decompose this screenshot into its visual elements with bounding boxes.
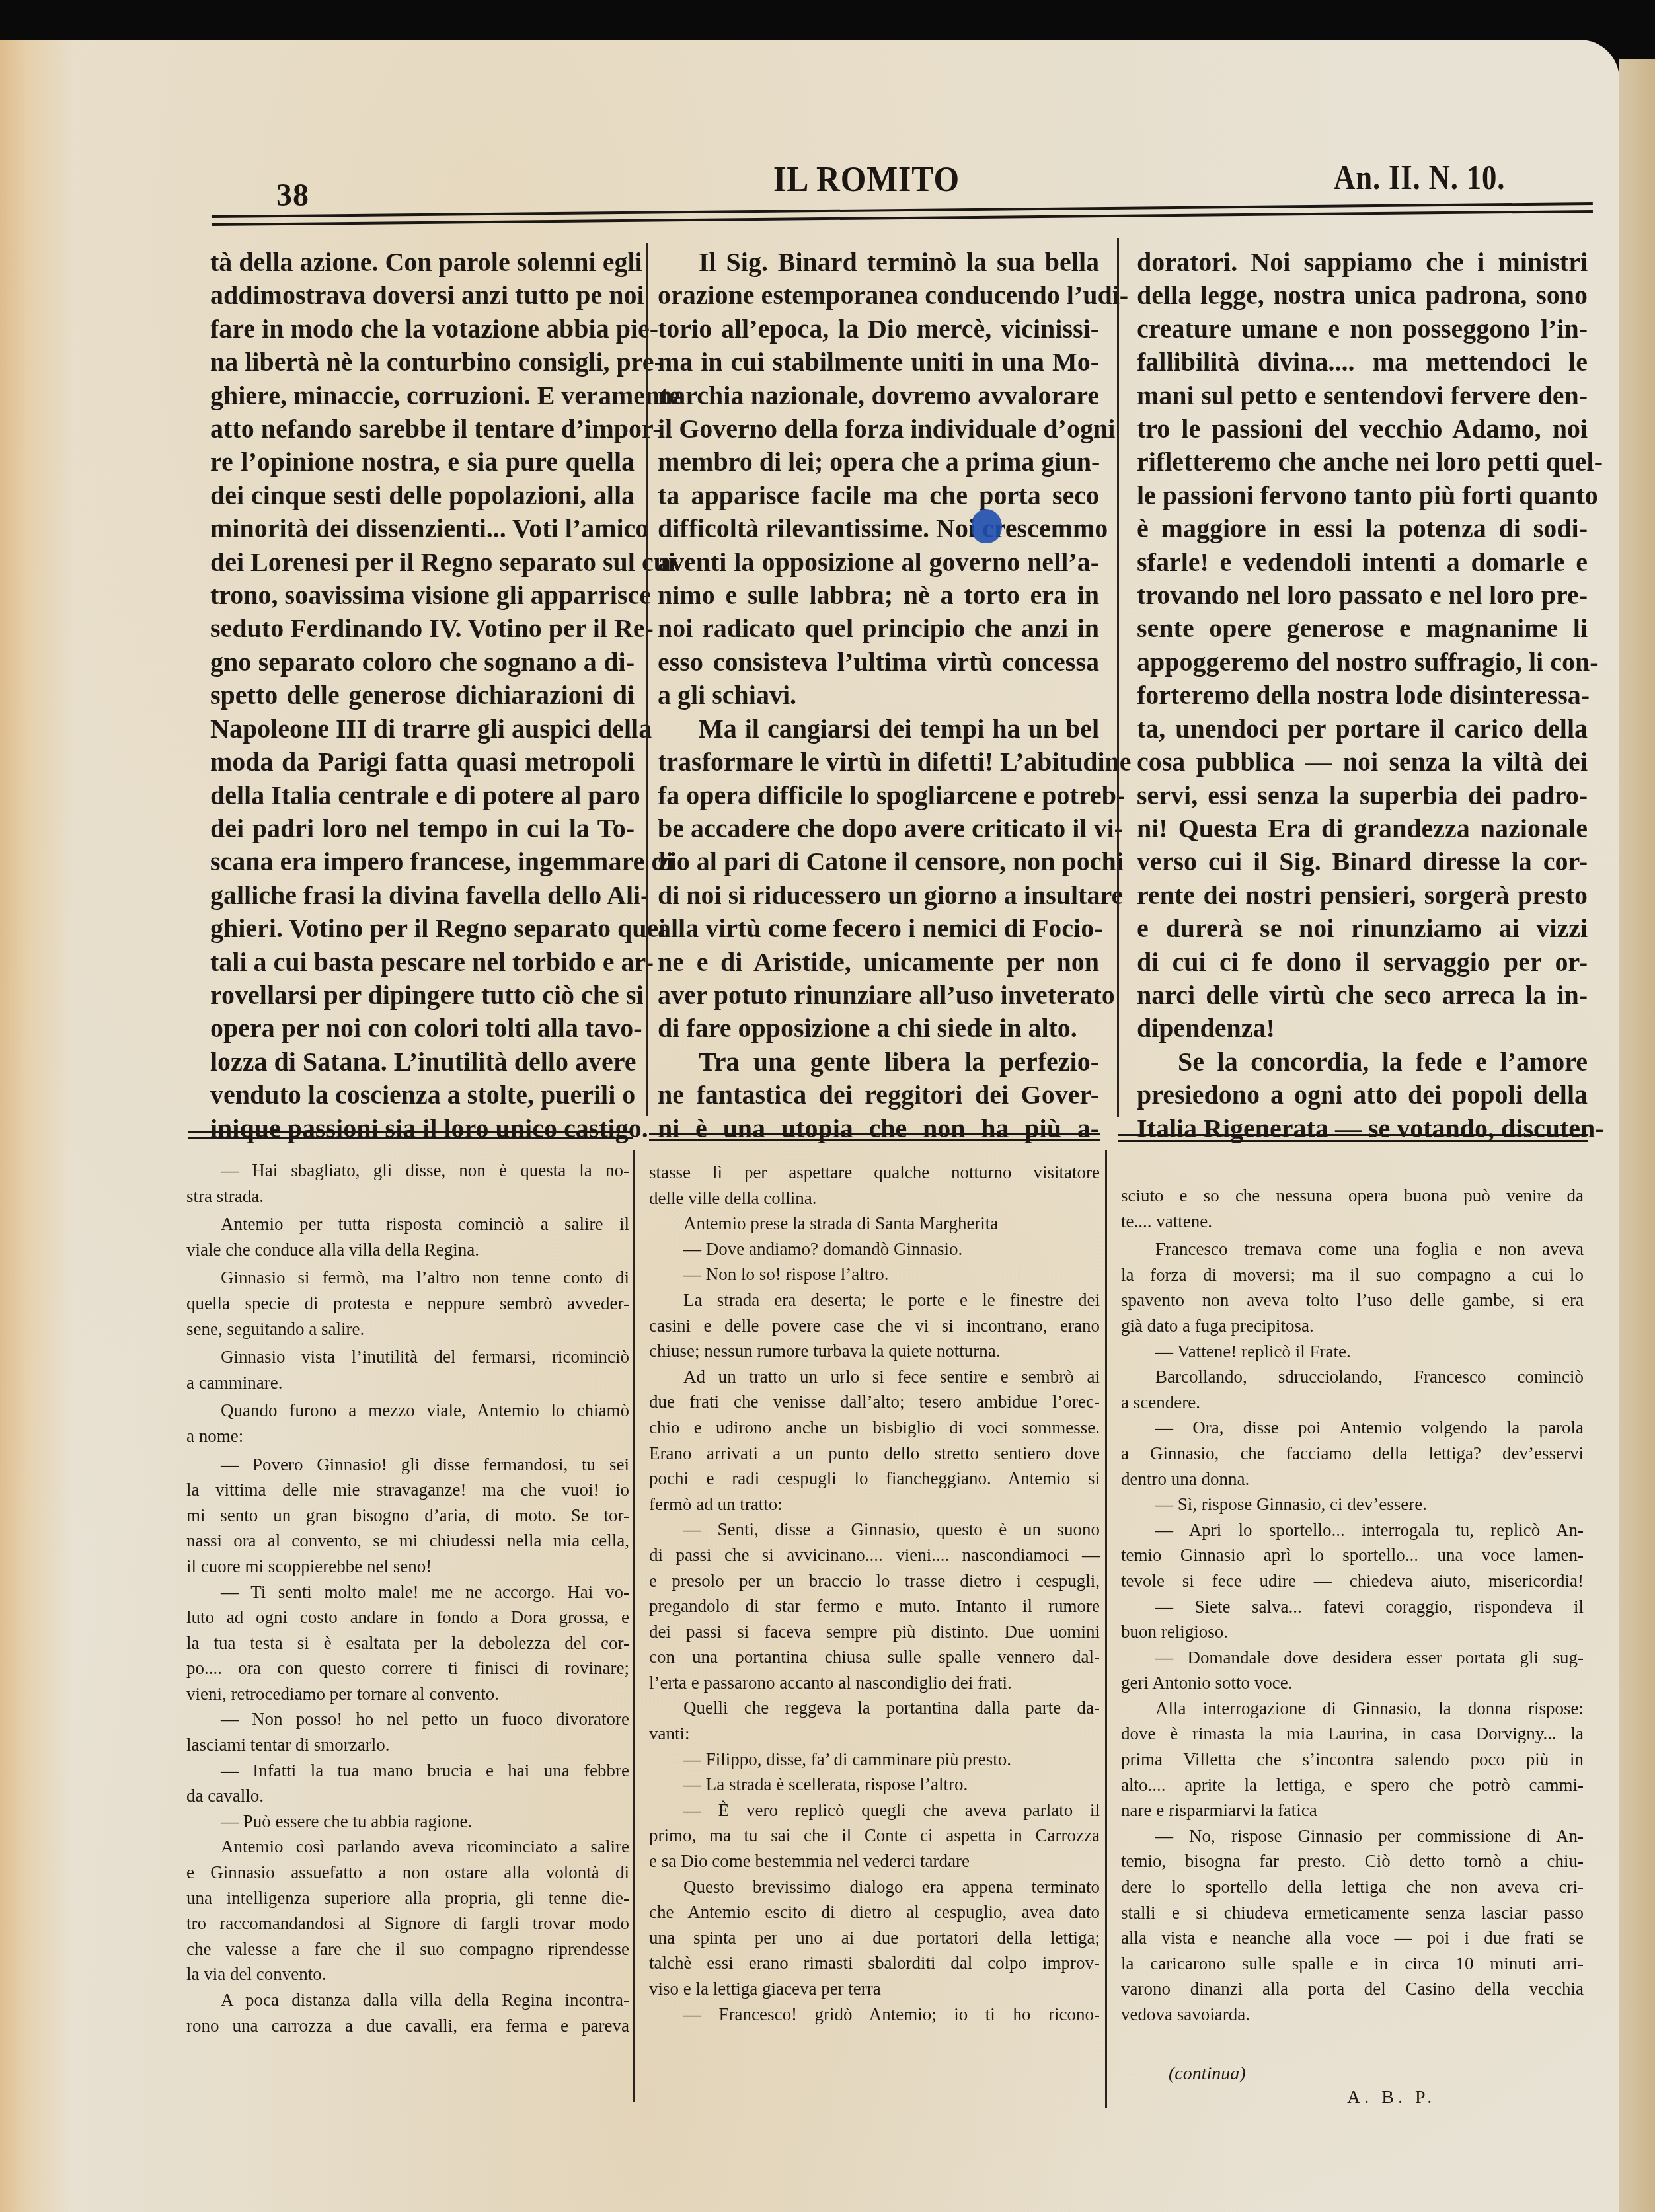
text-line: a camminare. bbox=[186, 1370, 629, 1396]
text-line: quella specie di protesta e neppure semb… bbox=[186, 1291, 629, 1316]
text-line: temio, bisogna far presto. Ciò detto tor… bbox=[1121, 1849, 1584, 1874]
text-line: dei Lorenesi per il Regno separato sul c… bbox=[210, 546, 635, 579]
text-line: servi, essi senza la superbia dei padro- bbox=[1137, 779, 1588, 812]
text-line: — Francesco! gridò Antemio; io ti ho ric… bbox=[649, 2002, 1100, 2028]
text-line: della legge, nostra unica padrona, sono bbox=[1137, 279, 1588, 312]
text-line: che Antemio escito di dietro al cespugli… bbox=[649, 1899, 1100, 1925]
text-line: le passioni fervono tanto più forti quan… bbox=[1137, 479, 1588, 512]
text-line: dei cinque sesti delle popolazioni, alla bbox=[210, 479, 635, 512]
text-line: fermò ad un tratto: bbox=[649, 1492, 1100, 1517]
text-line: alla vista e neanche alla voce — poi i d… bbox=[1121, 1925, 1584, 1951]
continued-note: (continua) bbox=[1169, 2063, 1246, 2084]
text-line: verso cui il Sig. Binard diresse la cor- bbox=[1137, 845, 1588, 878]
text-line: addimostrava doversi anzi tutto pe noi bbox=[210, 279, 635, 312]
text-line: po.... ora con questo correre ti finisci… bbox=[186, 1656, 629, 1681]
text-line: alla virtù come fecero i nemici di Focio… bbox=[658, 912, 1099, 945]
text-line: una spinta per uno ai due portatori dell… bbox=[649, 1925, 1100, 1951]
text-line: buon religioso. bbox=[1121, 1619, 1584, 1645]
feuilleton-column-2: stasse lì per aspettare qualche notturno… bbox=[649, 1160, 1100, 2027]
text-line: — Siete salva... fatevi coraggio, rispon… bbox=[1121, 1594, 1584, 1620]
text-line: appoggeremo del nostro suffragio, li con… bbox=[1137, 646, 1588, 679]
text-line: difficoltà rilevantissime. Noi crescemmo bbox=[658, 512, 1099, 545]
text-line: nassi ora al convento, se mi chiudessi n… bbox=[186, 1528, 629, 1554]
section-double-rule bbox=[649, 1133, 1100, 1141]
text-line: venduto la coscienza a stolte, puerili o bbox=[210, 1079, 635, 1112]
text-line: già dato a fuga precipitosa. bbox=[1121, 1313, 1584, 1339]
text-line: — La strada è scellerata, rispose l’altr… bbox=[649, 1772, 1100, 1798]
text-line: di cui ci fe dono il servaggio per or- bbox=[1137, 946, 1588, 979]
text-line: trono, soavissima visione gli apparrisce bbox=[210, 579, 635, 612]
text-line: Antemio prese la strada di Santa Margher… bbox=[649, 1211, 1100, 1237]
upper-column-3: doratori. Noi sappiamo che i ministridel… bbox=[1137, 246, 1588, 1145]
text-line: ta apparisce facile ma che porta seco bbox=[658, 479, 1099, 512]
text-line: geri Antonio sotto voce. bbox=[1121, 1670, 1584, 1696]
text-line: tro le passioni del vecchio Adamo, noi bbox=[1137, 412, 1588, 445]
text-line: — Senti, disse a Ginnasio, questo è un s… bbox=[649, 1517, 1100, 1543]
text-line: rifletteremo che anche nei loro petti qu… bbox=[1137, 445, 1588, 478]
text-line: e Ginnasio assuefatto a non ostare alla … bbox=[186, 1860, 629, 1886]
section-double-rule bbox=[1118, 1134, 1588, 1142]
text-line: mi sento un gran bisogno d’aria, di moto… bbox=[186, 1503, 629, 1529]
text-line: sene, seguitando a salire. bbox=[186, 1316, 629, 1342]
text-line: e durerà se noi rinunziamo ai vizzi bbox=[1137, 912, 1588, 945]
text-line: la via del convento. bbox=[186, 1962, 629, 1987]
text-line: galliche frasi la divina favella dello A… bbox=[210, 879, 635, 912]
text-line: Barcollando, sdrucciolando, Francesco co… bbox=[1121, 1364, 1584, 1390]
next-page-edge bbox=[1619, 59, 1655, 2212]
text-line: e presolo per un braccio lo trasse dietr… bbox=[649, 1568, 1100, 1594]
text-line: luto ad ogni costo andare in fondo a Dor… bbox=[186, 1605, 629, 1630]
text-line: primo, ma tu sai che il Conte ci aspetta… bbox=[649, 1823, 1100, 1849]
text-line: fallibilità divina.... ma mettendoci le bbox=[1137, 346, 1588, 379]
text-line: Francesco tremava come una foglia e non … bbox=[1121, 1237, 1584, 1262]
text-line: Antemio per tutta risposta cominciò a sa… bbox=[186, 1211, 629, 1237]
text-line: Questo brevissimo dialogo era appena ter… bbox=[649, 1874, 1100, 1900]
text-line: Quelli che reggeva la portantina dalla p… bbox=[649, 1695, 1100, 1721]
text-line: Ma il cangiarsi dei tempi ha un bel bbox=[658, 712, 1099, 745]
text-line: seduto Ferdinando IV. Votino per il Re- bbox=[210, 612, 635, 645]
text-line: rente dei nostri pensieri, sorgerà prest… bbox=[1137, 879, 1588, 912]
text-line: Napoleone III di trarre gli auspici dell… bbox=[210, 712, 635, 745]
column-divider bbox=[1117, 238, 1119, 1117]
section-double-rule bbox=[188, 1131, 633, 1139]
text-line: l’erta e passarono accanto al nascondigl… bbox=[649, 1670, 1100, 1696]
text-line: — Domandale dove desidera esser portata … bbox=[1121, 1645, 1584, 1671]
text-line: tà della azione. Con parole solenni egli bbox=[210, 246, 635, 279]
text-line: Il Sig. Binard terminò la sua bella bbox=[658, 246, 1099, 279]
text-line: A poca distanza dalla villa della Regina… bbox=[186, 1987, 629, 2013]
text-line: stasse lì per aspettare qualche notturno… bbox=[649, 1160, 1100, 1186]
text-line: sciuto e so che nessuna opera buona può … bbox=[1121, 1183, 1584, 1209]
text-line: dentro una donna. bbox=[1121, 1467, 1584, 1492]
text-line: noi radicato quel principio che anzi in bbox=[658, 612, 1099, 645]
text-line: casini e delle povere case che vi si inc… bbox=[649, 1313, 1100, 1339]
feuilleton-column-3: sciuto e so che nessuna opera buona può … bbox=[1121, 1183, 1584, 2028]
text-line: a scendere. bbox=[1121, 1390, 1584, 1416]
text-line: a gli schiavi. bbox=[658, 679, 1099, 712]
text-line: dove è rimasta la mia Laurina, in casa D… bbox=[1121, 1721, 1584, 1747]
text-line: dei padri loro nel tempo in cui la To- bbox=[210, 812, 635, 845]
text-line: la forza di moversi; ma il suo compagno … bbox=[1121, 1262, 1584, 1288]
text-line: — È vero replicò quegli che aveva parlat… bbox=[649, 1798, 1100, 1823]
text-line: chiuse; nessun rumore turbava la quiete … bbox=[649, 1338, 1100, 1364]
text-line: cosa pubblica — noi senza la viltà dei bbox=[1137, 745, 1588, 779]
text-line: Antemio così parlando aveva ricominciato… bbox=[186, 1834, 629, 1860]
text-line: — Non lo so! rispose l’altro. bbox=[649, 1262, 1100, 1287]
text-line: — Sì, rispose Ginnasio, ci dev’essere. bbox=[1121, 1492, 1584, 1517]
text-line: Ginnasio vista l’inutilità del fermarsi,… bbox=[186, 1344, 629, 1370]
text-line: vedova savoiarda. bbox=[1121, 2002, 1584, 2028]
text-line: stra strada. bbox=[186, 1184, 629, 1209]
text-line: — Dove andiamo? domandò Ginnasio. bbox=[649, 1237, 1100, 1262]
text-line: opera per noi con colori tolti alla tavo… bbox=[210, 1012, 635, 1045]
text-line: Se la concordia, la fede e l’amore bbox=[1137, 1046, 1588, 1079]
text-line: doratori. Noi sappiamo che i ministri bbox=[1137, 246, 1588, 279]
page-number: 38 bbox=[276, 177, 309, 213]
text-line: forteremo della nostra lode disinteressa… bbox=[1137, 679, 1588, 712]
text-line: ghieri. Votino per il Regno separato que… bbox=[210, 912, 635, 945]
text-line: — Povero Ginnasio! gli disse fermandosi,… bbox=[186, 1452, 629, 1478]
text-line: Ginnasio si fermò, ma l’altro non tenne … bbox=[186, 1265, 629, 1291]
text-line: spetto delle generose dichiarazioni di bbox=[210, 679, 635, 712]
text-line: trasformare le virtù in difetti! L’abitu… bbox=[658, 745, 1099, 779]
text-line: alto.... aprite la lettiga, e spero che … bbox=[1121, 1773, 1584, 1798]
text-line: varono dinanzi alla porta del Casino del… bbox=[1121, 1976, 1584, 2002]
text-line: inique passioni sia il loro unico castig… bbox=[210, 1112, 635, 1145]
text-line: — No, rispose Ginnasio per commissione d… bbox=[1121, 1823, 1584, 1849]
text-line: tevole si fece udire — chiedeva aiuto, m… bbox=[1121, 1568, 1584, 1594]
text-line: stalli e si chiudeva ermeticamente senza… bbox=[1121, 1900, 1584, 1926]
text-line: ghiere, minaccie, corruzioni. E verament… bbox=[210, 379, 635, 412]
text-line: chio e udirono anche un bisbiglio di voc… bbox=[649, 1415, 1100, 1441]
text-line: moda da Parigi fatta quasi metropoli bbox=[210, 745, 635, 779]
author-signature: A. B. P. bbox=[1347, 2087, 1436, 2108]
text-line: narchia nazionale, dovremo avvalorare bbox=[658, 379, 1099, 412]
column-divider bbox=[633, 1150, 635, 2102]
text-line: — Apri lo sportello... interrogala tu, r… bbox=[1121, 1517, 1584, 1543]
text-line: il Governo della forza individuale d’ogn… bbox=[658, 412, 1099, 445]
text-line: torio all’epoca, la Dio mercè, vicinissi… bbox=[658, 313, 1099, 346]
text-line: — Ora, disse poi Antemio volgendo la par… bbox=[1121, 1415, 1584, 1441]
text-line: ne fantastica dei reggitori dei Gover- bbox=[658, 1079, 1099, 1112]
text-line: nimo e sulle labbra; nè a torto era in bbox=[658, 579, 1099, 612]
text-line: la caricarono sulle spalle e in circa 10… bbox=[1121, 1951, 1584, 1977]
text-line: — Hai sbagliato, gli disse, non è questa… bbox=[186, 1158, 629, 1184]
text-line: rovellarsi per dipingere tutto ciò che s… bbox=[210, 979, 635, 1012]
text-line: da cavallo. bbox=[186, 1783, 629, 1809]
text-line: na libertà nè la conturbino consigli, pr… bbox=[210, 346, 635, 379]
text-line: La strada era deserta; le porte e le fin… bbox=[649, 1287, 1100, 1313]
text-line: di passi che si avvicinano.... vieni....… bbox=[649, 1543, 1100, 1568]
text-line: Ad un tratto un urlo si fece sentire e s… bbox=[649, 1364, 1100, 1390]
text-line: membro di lei; opera che a prima giun- bbox=[658, 445, 1099, 478]
text-line: dere lo sportello della lettiga che non … bbox=[1121, 1874, 1584, 1900]
text-line: — Infatti la tua mano brucia e hai una f… bbox=[186, 1758, 629, 1784]
text-line: creature umane e non posseggono l’in- bbox=[1137, 313, 1588, 346]
text-line: a nome: bbox=[186, 1424, 629, 1449]
text-line: spavento non aveva tolto l’uso delle gam… bbox=[1121, 1287, 1584, 1313]
text-line: vanti: bbox=[649, 1721, 1100, 1747]
text-line: sente opere generose e magnanime li bbox=[1137, 612, 1588, 645]
text-line: di noi si riducessero un giorno a insult… bbox=[658, 879, 1099, 912]
text-line: della Italia centrale e di potere al par… bbox=[210, 779, 635, 812]
text-line: Tra una gente libera la perfezio- bbox=[658, 1046, 1099, 1079]
text-line: re l’opinione nostra, e sia pure quella bbox=[210, 445, 635, 478]
text-line: Quando furono a mezzo viale, Antemio lo … bbox=[186, 1398, 629, 1424]
text-line: temio Ginnasio aprì lo sportello... una … bbox=[1121, 1543, 1584, 1568]
text-line: lozza di Satana. L’inutilità dello avere bbox=[210, 1046, 635, 1079]
text-line: è maggiore in essi la potenza di sodi- bbox=[1137, 512, 1588, 545]
text-line: ma in cui stabilmente uniti in una Mo- bbox=[658, 346, 1099, 379]
text-line: trovando nel loro passato e nel loro pre… bbox=[1137, 579, 1588, 612]
text-line: Alla interrogazione di Ginnasio, la donn… bbox=[1121, 1696, 1584, 1722]
text-line: — Vattene! replicò il Frate. bbox=[1121, 1339, 1584, 1365]
text-line: a Ginnasio, che facciamo della lettiga? … bbox=[1121, 1441, 1584, 1467]
text-line: il cuore mi scoppierebbe nel seno! bbox=[186, 1554, 629, 1580]
text-line: dei passi si faceva sempre più distinto.… bbox=[649, 1619, 1100, 1645]
text-line: — Ti senti molto male! me ne accorgo. Ha… bbox=[186, 1580, 629, 1605]
text-line: fa opera difficile lo spogliarcene e pot… bbox=[658, 779, 1099, 812]
text-line: aver potuto rinunziare all’uso inveterat… bbox=[658, 979, 1099, 1012]
text-line: Erano arrivati a un punto dello stretto … bbox=[649, 1441, 1100, 1467]
text-line: nare e risparmiarvi la fatica bbox=[1121, 1798, 1584, 1823]
text-line: ni! Questa Era di grandezza nazionale bbox=[1137, 812, 1588, 845]
text-line: te.... vattene. bbox=[1121, 1209, 1584, 1235]
text-line: — Filippo, disse, fa’ di camminare più p… bbox=[649, 1747, 1100, 1773]
column-divider bbox=[1105, 1150, 1107, 2108]
text-line: dipendenza! bbox=[1137, 1012, 1588, 1045]
text-line: di fare opposizione a chi siede in alto. bbox=[658, 1012, 1099, 1045]
text-line: una intelligenza superiore alla propria,… bbox=[186, 1886, 629, 1911]
text-line: pregandolo di star fermo e muto. Intanto… bbox=[649, 1593, 1100, 1619]
text-line: mani sul petto e sentendovi fervere den- bbox=[1137, 379, 1588, 412]
text-line: che valesse a fare che il suo compagno r… bbox=[186, 1936, 629, 1962]
issue-number: An. II. N. 10. bbox=[1334, 159, 1505, 198]
text-line: narci delle virtù che seco arreca la in- bbox=[1137, 979, 1588, 1012]
ink-blot-stain bbox=[972, 509, 1002, 543]
text-line: minorità dei dissenzienti... Voti l’amic… bbox=[210, 512, 635, 545]
upper-column-2: Il Sig. Binard terminò la sua bellaorazi… bbox=[658, 246, 1099, 1145]
text-line: viale che conduce alla villa della Regin… bbox=[186, 1237, 629, 1263]
text-line: pochi e radi cespugli lo fiancheggiano. … bbox=[649, 1466, 1100, 1492]
text-line: vieni, retrocediamo per tornare al conve… bbox=[186, 1681, 629, 1707]
text-line: scana era impero francese, ingemmare di bbox=[210, 845, 635, 878]
text-line: atto nefando sarebbe il tentare d’impor- bbox=[210, 412, 635, 445]
text-line: tali a cui basta pescare nel torbido e a… bbox=[210, 946, 635, 979]
text-line: la tua testa si è esaltata per la debole… bbox=[186, 1630, 629, 1656]
text-line: aventi la opposizione al governo nell’a- bbox=[658, 546, 1099, 579]
masthead-title: IL ROMITO bbox=[773, 159, 960, 200]
text-line: fare in modo che la votazione abbia pie- bbox=[210, 313, 635, 346]
text-line: sfarle! e vedendoli intenti a domarle e bbox=[1137, 546, 1588, 579]
text-line: zio al pari di Catone il censore, non po… bbox=[658, 845, 1099, 878]
text-line: rono una carrozza a due cavalli, era fer… bbox=[186, 2013, 629, 2039]
text-line: con una portantina chiusa sulle spalle v… bbox=[649, 1644, 1100, 1670]
text-line: viso e la lettiga giaceva per terra bbox=[649, 1976, 1100, 2002]
text-line: ta, unendoci per portare il carico della bbox=[1137, 712, 1588, 745]
text-line: — Può essere che tu abbia ragione. bbox=[186, 1809, 629, 1835]
upper-column-1: tà della azione. Con parole solenni egli… bbox=[210, 246, 635, 1145]
column-divider bbox=[646, 243, 648, 1116]
text-line: prima Villetta che s’incontra salendo po… bbox=[1121, 1747, 1584, 1773]
text-line: la vittima delle mie stravaganze! ma che… bbox=[186, 1477, 629, 1503]
text-line: ne e di Aristide, unicamente per non bbox=[658, 946, 1099, 979]
text-line: presiedono a ogni atto dei popoli della bbox=[1137, 1079, 1588, 1112]
text-line: gno separato coloro che sognano a di- bbox=[210, 646, 635, 679]
text-line: be accadere che dopo avere criticato il … bbox=[658, 812, 1099, 845]
text-line: orazione estemporanea conducendo l’udi- bbox=[658, 279, 1099, 312]
text-line: tro raccomandandosi al Signore di fargli… bbox=[186, 1911, 629, 1936]
feuilleton-column-1: — Hai sbagliato, gli disse, non è questa… bbox=[186, 1158, 629, 2038]
text-line: delle ville della collina. bbox=[649, 1186, 1100, 1211]
text-line: lasciami tentar di smorzarlo. bbox=[186, 1732, 629, 1758]
text-line: — Non posso! ho nel petto un fuoco divor… bbox=[186, 1706, 629, 1732]
text-line: e sa Dio come bestemmia nel vederci tard… bbox=[649, 1849, 1100, 1874]
text-line: esso consisteva l’ultima virtù concessa bbox=[658, 646, 1099, 679]
text-line: due frati che venisse dall’alto; tesero … bbox=[649, 1389, 1100, 1415]
text-line: talchè essi erano rimasti sbalorditi dal… bbox=[649, 1950, 1100, 1976]
